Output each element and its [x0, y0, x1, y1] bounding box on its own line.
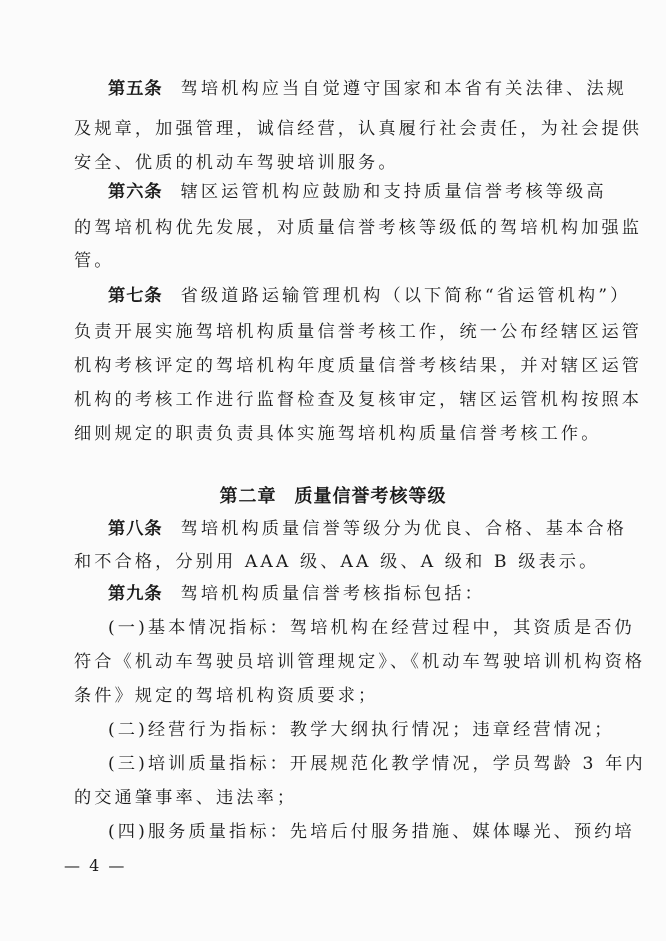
item-2-line-1: (二)经营行为指标：教学大纲执行情况；违章经营情况；: [108, 719, 628, 741]
article-8-line-2: 和不合格，分别用 AAA 级、AA 级、A 级和 B 级表示。: [74, 551, 594, 573]
item-3-line-2: 的交通肇事率、违法率；: [74, 787, 594, 809]
item-1-line-1: (一)基本情况指标：驾培机构在经营过程中，其资质是否仍: [108, 617, 628, 639]
article-6-line-3: 管。: [74, 250, 594, 272]
article-5-line-1: 第五条驾培机构应当自觉遵守国家和本省有关法律、法规: [108, 78, 628, 100]
article-label: 第九条: [108, 584, 163, 604]
article-label: 第八条: [108, 519, 163, 539]
article-7-line-2: 负责开展实施驾培机构质量信誉考核工作，统一公布经辖区运管: [74, 321, 594, 343]
article-9-line-1: 第九条驾培机构质量信誉考核指标包括：: [108, 583, 628, 605]
article-7-line-1: 第七条省级道路运输管理机构（以下简称“省运管机构”）: [108, 285, 628, 307]
chapter-heading: 第二章质量信誉考核等级: [0, 482, 666, 508]
document-page: 第五条驾培机构应当自觉遵守国家和本省有关法律、法规 及规章，加强管理，诚信经营，…: [0, 0, 666, 941]
item-4-line-1: (四)服务质量指标：先培后付服务措施、媒体曝光、预约培: [108, 821, 628, 843]
article-label: 第五条: [108, 79, 163, 99]
article-6-line-2: 的驾培机构优先发展，对质量信誉考核等级低的驾培机构加强监: [74, 217, 594, 239]
article-label: 第七条: [108, 286, 163, 306]
article-5-line-2: 及规章，加强管理，诚信经营，认真履行社会责任，为社会提供: [74, 118, 594, 140]
article-7-line-4: 机构的考核工作进行监督检查及复核审定，辖区运管机构按照本: [74, 389, 594, 411]
article-7-line-3: 机构考核评定的驾培机构年度质量信誉考核结果，并对辖区运管: [74, 355, 594, 377]
article-5-line-3: 安全、优质的机动车驾驶培训服务。: [74, 152, 594, 174]
article-6-line-1: 第六条辖区运管机构应鼓励和支持质量信誉考核等级高: [108, 181, 628, 203]
page-number: — 4 —: [64, 856, 126, 875]
article-label: 第六条: [108, 182, 163, 202]
item-1-line-2: 符合《机动车驾驶员培训管理规定》、《机动车驾驶培训机构资格: [74, 651, 594, 673]
article-8-line-1: 第八条驾培机构质量信誉等级分为优良、合格、基本合格: [108, 518, 628, 540]
item-3-line-1: (三)培训质量指标：开展规范化教学情况，学员驾龄 3 年内: [108, 753, 628, 775]
item-1-line-3: 条件》规定的驾培机构资质要求；: [74, 685, 594, 707]
article-7-line-5: 细则规定的职责负责具体实施驾培机构质量信誉考核工作。: [74, 423, 594, 445]
